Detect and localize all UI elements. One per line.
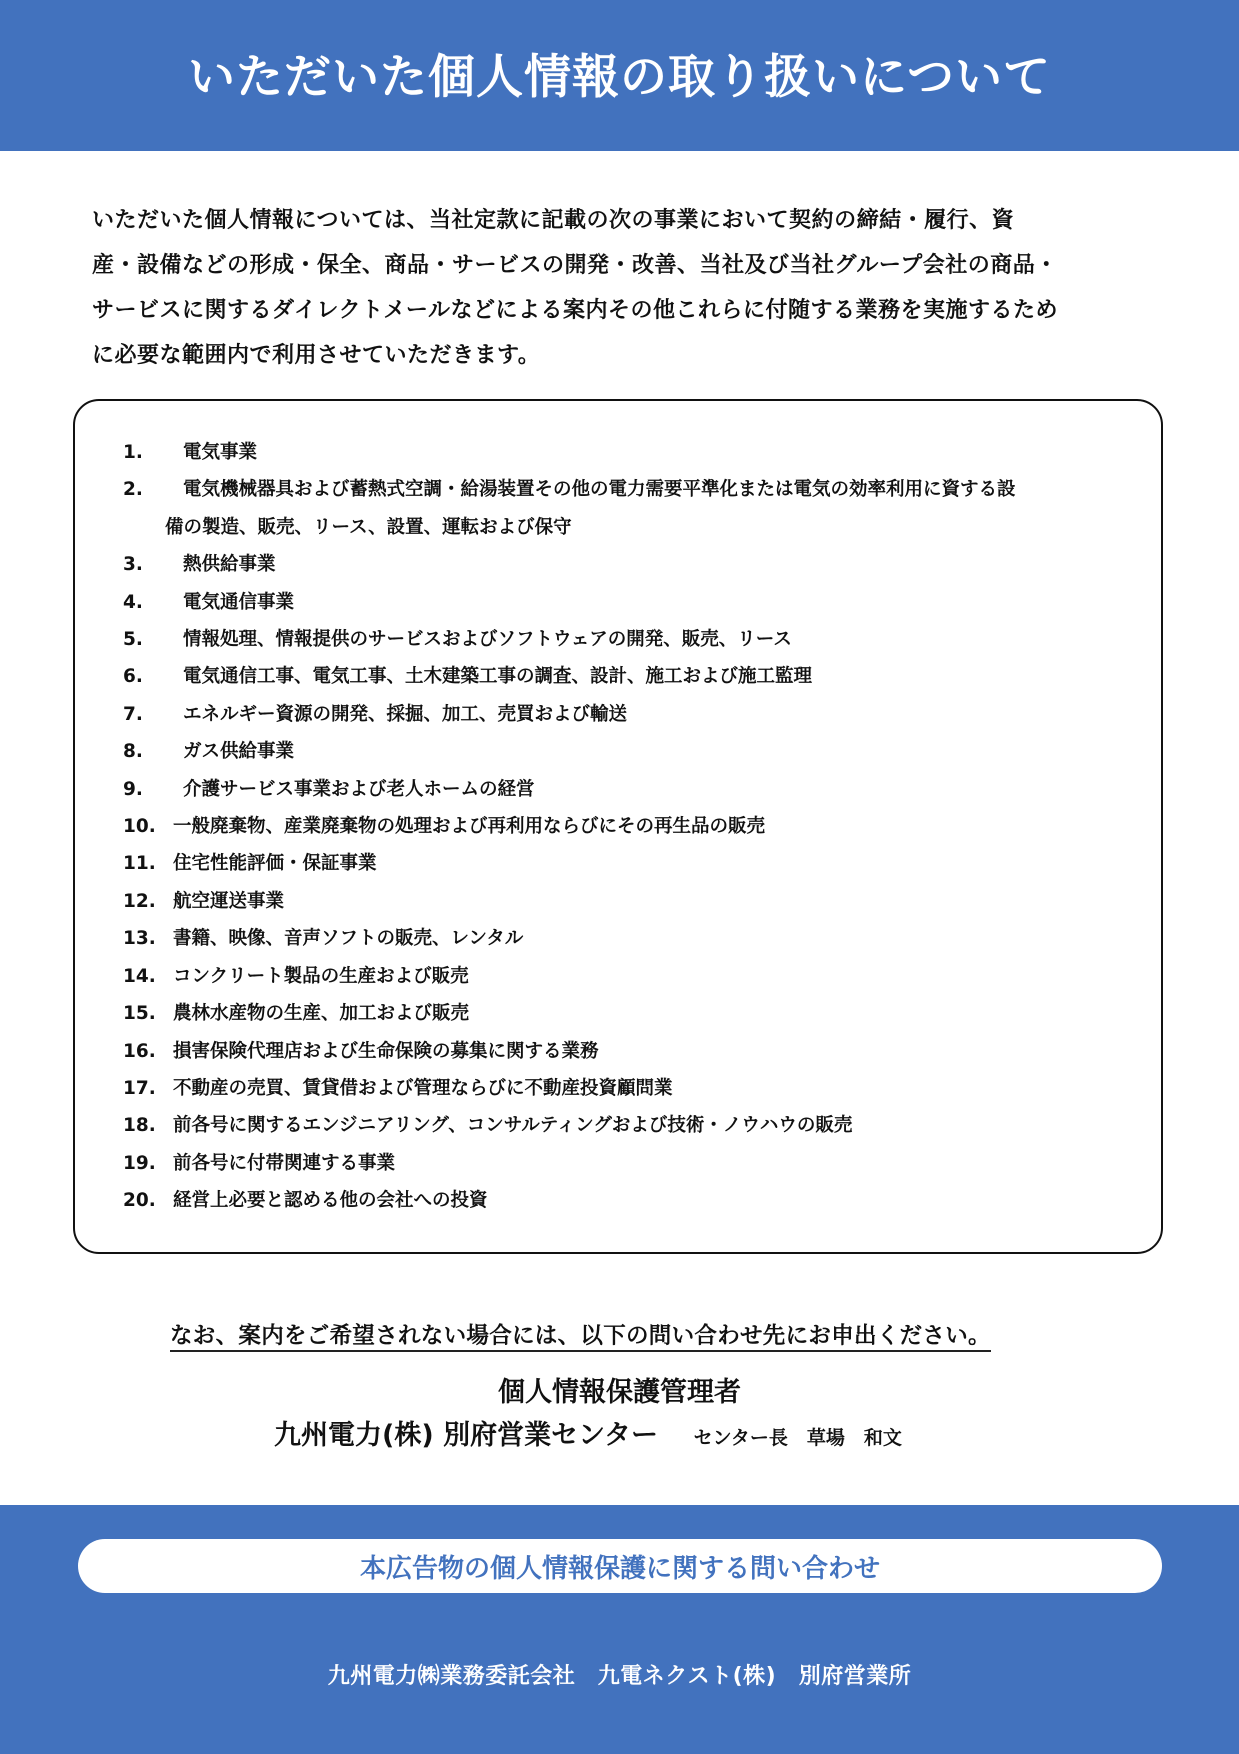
intro-line: に必要な範囲内で利用させていただきます。 <box>92 333 1152 378</box>
item-number: 19. <box>123 1145 173 1182</box>
item-text: 住宅性能評価・保証事業 <box>173 845 377 882</box>
list-item: 1.電気事業 <box>123 434 1143 471</box>
item-text: 農林水産物の生産、加工および販売 <box>173 995 469 1032</box>
page-title: いただいた個人情報の取り扱いについて <box>188 40 1051 107</box>
item-number: 20. <box>123 1182 173 1219</box>
list-item: 15.農林水産物の生産、加工および販売 <box>123 995 1143 1032</box>
item-number: 3. <box>123 546 183 583</box>
footer-organization: 九州電力㈱業務委託会社 九電ネクスト(株) 別府営業所 <box>0 1659 1239 1690</box>
manager-organization: 九州電力(株) 別府営業センター <box>274 1420 658 1451</box>
item-number: 12. <box>123 883 173 920</box>
item-text: 前各号に付帯関連する事業 <box>173 1145 395 1182</box>
list-item: 16.損害保険代理店および生命保険の募集に関する業務 <box>123 1033 1143 1070</box>
item-number: 6. <box>123 658 183 695</box>
list-item: 8.ガス供給事業 <box>123 733 1143 770</box>
inquiry-label: 本広告物の個人情報保護に関する問い合わせ <box>360 1548 880 1585</box>
list-item: 2.電気機械器具および蓄熱式空調・給湯装置その他の電力需要平準化または電気の効率… <box>123 471 1143 546</box>
list-item: 11.住宅性能評価・保証事業 <box>123 845 1143 882</box>
item-text: ガス供給事業 <box>183 733 294 770</box>
list-item: 6.電気通信工事、電気工事、土木建築工事の調査、設計、施工および施工監理 <box>123 658 1143 695</box>
manager-person: センター長 草場 和文 <box>694 1427 902 1449</box>
item-number: 15. <box>123 995 173 1032</box>
inquiry-label-pill: 本広告物の個人情報保護に関する問い合わせ <box>78 1539 1162 1593</box>
item-number: 8. <box>123 733 183 770</box>
list-item: 5.情報処理、情報提供のサービスおよびソフトウェアの開発、販売、リース <box>123 621 1143 658</box>
list-item: 17.不動産の売買、賃貸借および管理ならびに不動産投資顧問業 <box>123 1070 1143 1107</box>
item-number: 1. <box>123 434 183 471</box>
item-number: 9. <box>123 771 183 808</box>
list-item: 3.熱供給事業 <box>123 546 1143 583</box>
list-item: 19.前各号に付帯関連する事業 <box>123 1145 1143 1182</box>
item-text: 電気機械器具および蓄熱式空調・給湯装置その他の電力需要平準化または電気の効率利用… <box>183 471 1016 508</box>
list-item: 12.航空運送事業 <box>123 883 1143 920</box>
item-text: 航空運送事業 <box>173 883 284 920</box>
footer-banner: 本広告物の個人情報保護に関する問い合わせ 九州電力㈱業務委託会社 九電ネクスト(… <box>0 1505 1239 1754</box>
item-text: 書籍、映像、音声ソフトの販売、レンタル <box>173 920 523 957</box>
item-text: 電気通信事業 <box>183 584 294 621</box>
item-text-continued: 備の製造、販売、リース、設置、運転および保守 <box>123 509 1143 546</box>
item-text: 経営上必要と認める他の会社への投資 <box>173 1182 488 1219</box>
opt-out-notice-text: なお、案内をご希望されない場合には、以下の問い合わせ先にお申出ください。 <box>170 1323 991 1352</box>
item-number: 2. <box>123 471 183 508</box>
list-item: 13.書籍、映像、音声ソフトの販売、レンタル <box>123 920 1143 957</box>
header-banner: いただいた個人情報の取り扱いについて <box>0 0 1239 151</box>
list-item: 9.介護サービス事業および老人ホームの経営 <box>123 771 1143 808</box>
item-number: 7. <box>123 696 183 733</box>
list-item: 4.電気通信事業 <box>123 584 1143 621</box>
privacy-manager-line: 九州電力(株) 別府営業センター センター長 草場 和文 <box>274 1413 902 1452</box>
privacy-manager-title: 個人情報保護管理者 <box>0 1370 1239 1409</box>
item-text: 介護サービス事業および老人ホームの経営 <box>183 771 535 808</box>
list-item: 14.コンクリート製品の生産および販売 <box>123 958 1143 995</box>
item-text: 熱供給事業 <box>183 546 276 583</box>
item-number: 11. <box>123 845 173 882</box>
item-text: 電気通信工事、電気工事、土木建築工事の調査、設計、施工および施工監理 <box>183 658 812 695</box>
item-number: 17. <box>123 1070 173 1107</box>
intro-line: サービスに関するダイレクトメールなどによる案内その他これらに付随する業務を実施す… <box>92 288 1152 333</box>
item-number: 10. <box>123 808 173 845</box>
list-item: 10.一般廃棄物、産業廃棄物の処理および再利用ならびにその再生品の販売 <box>123 808 1143 845</box>
opt-out-notice: なお、案内をご希望されない場合には、以下の問い合わせ先にお申出ください。 <box>170 1318 1070 1350</box>
business-list: 1.電気事業 2.電気機械器具および蓄熱式空調・給湯装置その他の電力需要平準化ま… <box>123 434 1143 1220</box>
list-item: 7.エネルギー資源の開発、採掘、加工、売買および輸送 <box>123 696 1143 733</box>
item-number: 5. <box>123 621 183 658</box>
list-item: 20.経営上必要と認める他の会社への投資 <box>123 1182 1143 1219</box>
item-number: 14. <box>123 958 173 995</box>
item-text: 前各号に関するエンジニアリング、コンサルティングおよび技術・ノウハウの販売 <box>173 1107 852 1144</box>
item-number: 4. <box>123 584 183 621</box>
item-text: エネルギー資源の開発、採掘、加工、売買および輸送 <box>183 696 627 733</box>
item-text: 情報処理、情報提供のサービスおよびソフトウェアの開発、販売、リース <box>183 621 792 658</box>
item-text: 一般廃棄物、産業廃棄物の処理および再利用ならびにその再生品の販売 <box>173 808 765 845</box>
item-text: 電気事業 <box>183 434 257 471</box>
list-item: 18.前各号に関するエンジニアリング、コンサルティングおよび技術・ノウハウの販売 <box>123 1107 1143 1144</box>
item-number: 13. <box>123 920 173 957</box>
item-text: コンクリート製品の生産および販売 <box>173 958 469 995</box>
item-text: 不動産の売買、賃貸借および管理ならびに不動産投資顧問業 <box>173 1070 673 1107</box>
intro-line: いただいた個人情報については、当社定款に記載の次の事業において契約の締結・履行、… <box>92 198 1152 243</box>
item-text: 損害保険代理店および生命保険の募集に関する業務 <box>173 1033 599 1070</box>
intro-line: 産・設備などの形成・保全、商品・サービスの開発・改善、当社及び当社グループ会社の… <box>92 243 1152 288</box>
item-number: 18. <box>123 1107 173 1144</box>
intro-paragraph: いただいた個人情報については、当社定款に記載の次の事業において契約の締結・履行、… <box>92 198 1152 378</box>
item-number: 16. <box>123 1033 173 1070</box>
